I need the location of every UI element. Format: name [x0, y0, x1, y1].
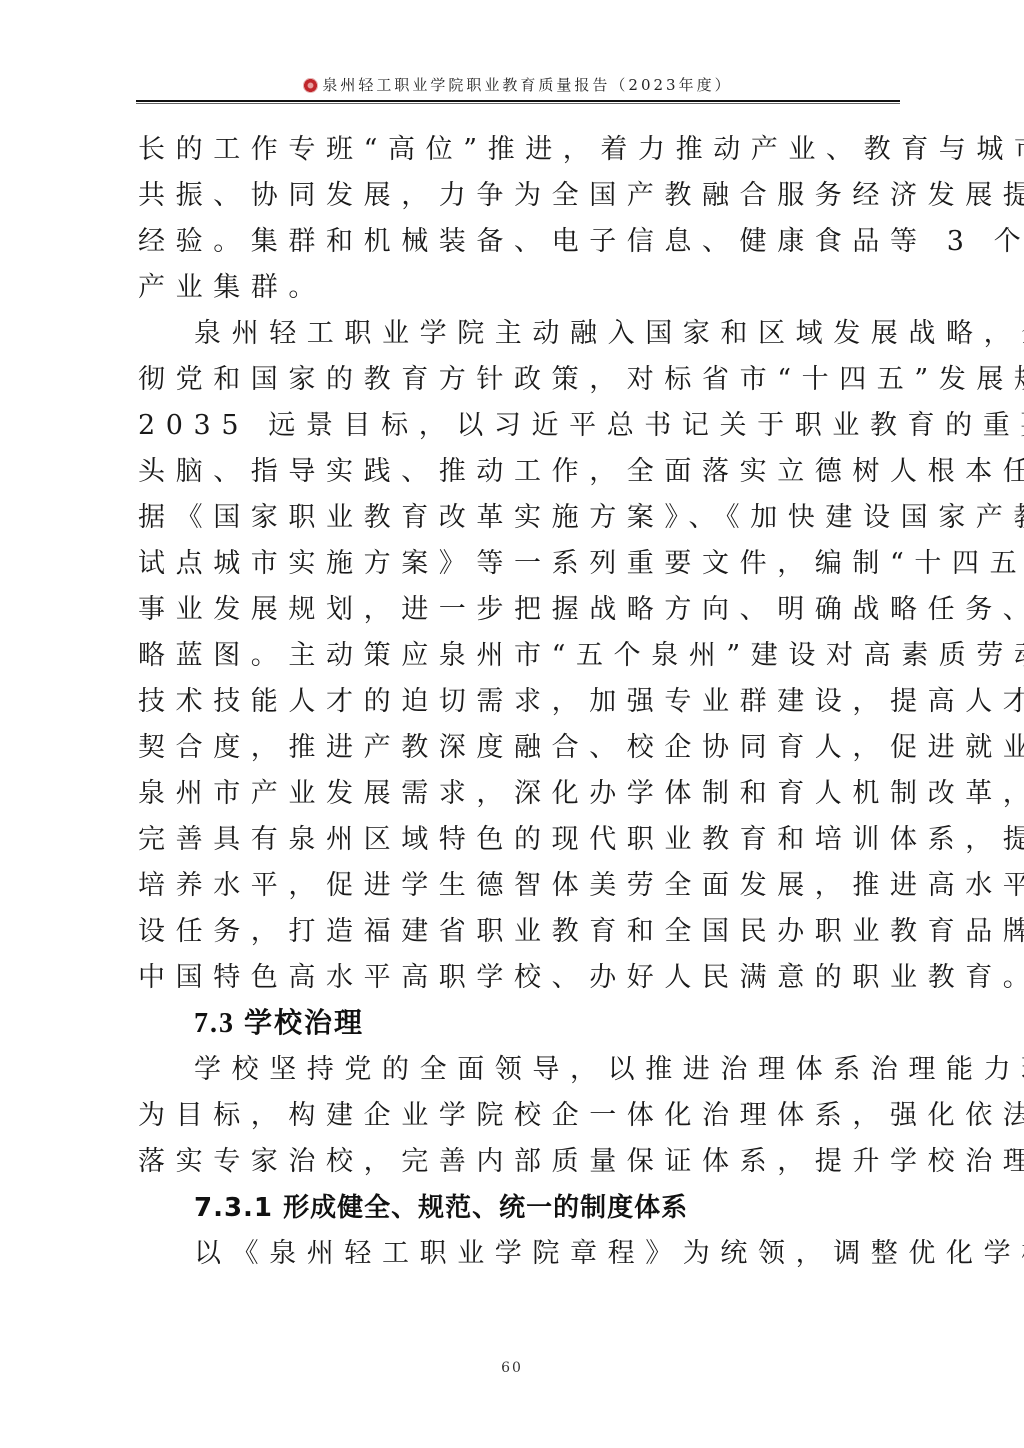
text-line: 彻党和国家的教育方针政策，对标省市“十四五”发展规划和 [138, 357, 898, 403]
school-emblem-icon [303, 78, 318, 93]
text-line: 为目标，构建企业学院校企一体化治理体系，强化依法办学， [138, 1093, 898, 1139]
text-line: 共振、协同发展，力争为全国产教融合服务经济发展提供示范 [138, 173, 898, 219]
text-line: 长的工作专班“高位”推进，着力推动产业、教育与城市同频 [138, 127, 898, 173]
section-heading-7-3-1: 7.3.1 形成健全、规范、统一的制度体系 [138, 1185, 898, 1231]
text-line: 培养水平，促进学生德智体美劳全面发展，推进高水平院校建 [138, 863, 898, 909]
header-rule-thin [136, 103, 900, 104]
header-rule-thick [136, 100, 900, 102]
text-line: 完善具有泉州区域特色的现代职业教育和培训体系，提升人才 [138, 817, 898, 863]
text-line: 试点城市实施方案》等一系列重要文件，编制“十四五”教育 [138, 541, 898, 587]
document-body: 长的工作专班“高位”推进，着力推动产业、教育与城市同频 共振、协同发展，力争为全… [138, 127, 898, 1277]
text-line: 设任务，打造福建省职业教育和全国民办职业教育品牌，建成 [138, 909, 898, 955]
text-line: 略蓝图。主动策应泉州市“五个泉州”建设对高素质劳动者和 [138, 633, 898, 679]
text-line: 2035 远景目标，以习近平总书记关于职业教育的重要论述武装 [138, 403, 898, 449]
text-line: 泉州市产业发展需求，深化办学体制和育人机制改革，构建和 [138, 771, 898, 817]
text-line: 头脑、指导实践、推动工作，全面落实立德树人根本任务，依 [138, 449, 898, 495]
text-line: 中国特色高水平高职学校、办好人民满意的职业教育。 [138, 955, 898, 1001]
text-line: 以《泉州轻工职业学院章程》为统领，调整优化学校职能 [138, 1231, 898, 1277]
header-inner: 泉州轻工职业学院职业教育质量报告（2023年度） [303, 70, 732, 100]
text-line: 落实专家治校，完善内部质量保证体系，提升学校治理效能。 [138, 1139, 898, 1185]
text-line: 经验。集群和机械装备、电子信息、健康食品等 3 个五千亿级 [138, 219, 898, 265]
page-number: 60 [0, 1360, 1024, 1376]
text-line: 事业发展规划，进一步把握战略方向、明确战略任务、擘画战 [138, 587, 898, 633]
text-line: 产业集群。 [138, 265, 898, 311]
text-line: 据《国家职业教育改革实施方案》、《加快建设国家产教融合 [138, 495, 898, 541]
section-heading-7-3: 7.3 学校治理 [138, 1001, 898, 1047]
text-line: 技术技能人才的迫切需求，加强专业群建设，提高人才培养的 [138, 679, 898, 725]
paragraph-governance: 学校坚持党的全面领导，以推进治理体系治理能力现代化 为目标，构建企业学院校企一体… [138, 1047, 898, 1185]
page-header: 泉州轻工职业学院职业教育质量报告（2023年度） [136, 70, 900, 100]
header-title: 泉州轻工职业学院职业教育质量报告（2023年度） [322, 70, 732, 100]
paragraph-continuation: 长的工作专班“高位”推进，着力推动产业、教育与城市同频 共振、协同发展，力争为全… [138, 127, 898, 311]
text-line: 学校坚持党的全面领导，以推进治理体系治理能力现代化 [138, 1047, 898, 1093]
paragraph-regulations: 以《泉州轻工职业学院章程》为统领，调整优化学校职能 [138, 1231, 898, 1277]
paragraph-strategy: 泉州轻工职业学院主动融入国家和区域发展战略，全面贯 彻党和国家的教育方针政策，对… [138, 311, 898, 1001]
text-line: 泉州轻工职业学院主动融入国家和区域发展战略，全面贯 [138, 311, 898, 357]
text-line: 契合度，推进产教深度融合、校企协同育人，促进就业和适应 [138, 725, 898, 771]
